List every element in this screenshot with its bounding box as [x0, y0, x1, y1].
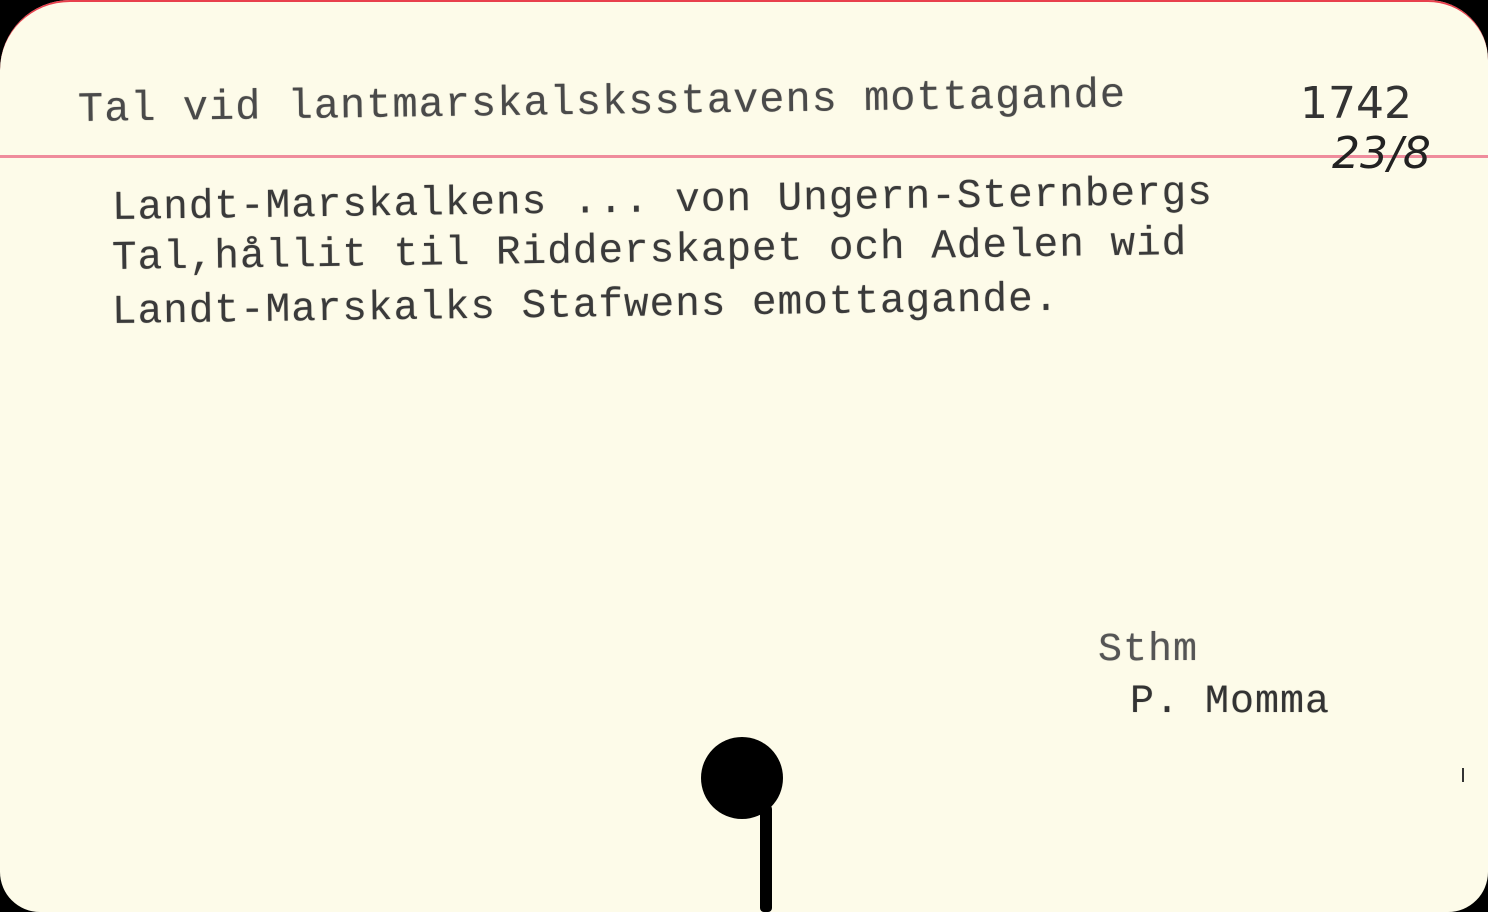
author-name: P. Momma	[1130, 680, 1330, 725]
header-rule-line	[0, 155, 1488, 158]
card-year: 1742	[1300, 78, 1412, 129]
edge-mark	[1462, 768, 1464, 782]
body-line-3: Landt-Marskalks Stafwens emottagande.	[112, 277, 1060, 336]
cord-icon	[760, 805, 772, 912]
body-line-2: Tal,hållit til Ridderskapet och Adelen w…	[112, 221, 1188, 282]
catalog-card: Tal vid lantmarskalsksstavens mottagande…	[0, 0, 1488, 912]
place-of-publication: Sthm	[1098, 628, 1198, 673]
card-heading: Tal vid lantmarskalsksstavens mottagande	[78, 71, 1127, 134]
card-date: 23/8	[1332, 128, 1431, 179]
